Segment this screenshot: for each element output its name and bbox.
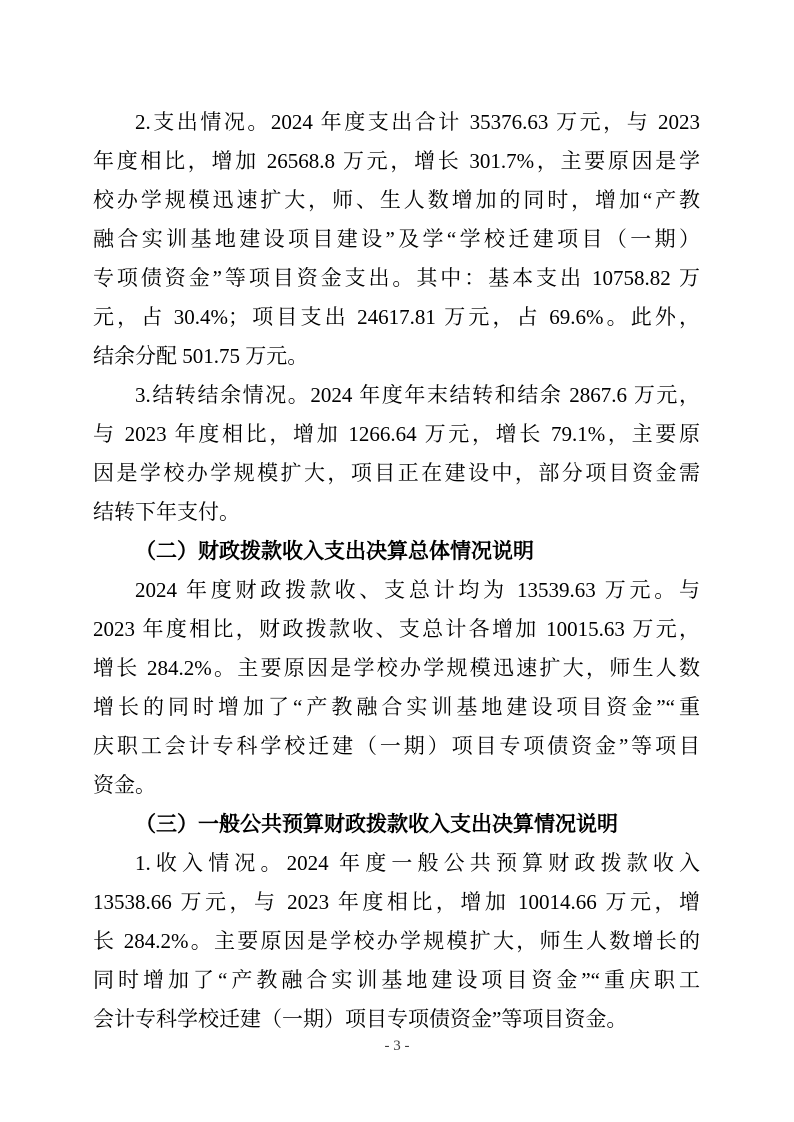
- text-line: 2024 年度财政拨款收、支总计均为 13539.63 万元。与: [93, 571, 700, 610]
- text-line: 2023 年度相比，财政拨款收、支总计各增加 10015.63 万元，: [93, 610, 700, 649]
- text-line: 同时增加了“产教融合实训基地建设项目资金”“重庆职工: [93, 961, 700, 1000]
- text-line: 与 2023 年度相比，增加 1266.64 万元，增长 79.1%，主要原: [93, 415, 700, 454]
- page-number: - 3 -: [0, 1036, 794, 1056]
- text-line: 专项债资金”等项目资金支出。其中：基本支出 10758.82 万: [93, 259, 700, 298]
- text-line: 增长 284.2%。主要原因是学校办学规模迅速扩大，师生人数: [93, 649, 700, 688]
- text-line: 3.结转结余情况。2024 年度年末结转和结余 2867.6 万元，: [93, 376, 700, 415]
- text-line: 结转下年支付。: [93, 493, 700, 532]
- text-line: 长 284.2%。主要原因是学校办学规模扩大，师生人数增长的: [93, 922, 700, 961]
- text-line: 13538.66 万元，与 2023 年度相比，增加 10014.66 万元，增: [93, 883, 700, 922]
- text-line: 资金。: [93, 766, 700, 805]
- text-line: 因是学校办学规模扩大，项目正在建设中，部分项目资金需: [93, 454, 700, 493]
- section-heading-line: （二）财政拨款收入支出决算总体情况说明: [93, 532, 700, 571]
- section-heading-line: （三）一般公共预算财政拨款收入支出决算情况说明: [93, 805, 700, 844]
- text-line: 1.收入情况。2024 年度一般公共预算财政拨款收入: [93, 844, 700, 883]
- text-line: 元，占 30.4%；项目支出 24617.81 万元，占 69.6%。此外，: [93, 298, 700, 337]
- text-line: 增长的同时增加了“产教融合实训基地建设项目资金”“重: [93, 688, 700, 727]
- text-line: 年度相比，增加 26568.8 万元，增长 301.7%，主要原因是学: [93, 142, 700, 181]
- text-line: 校办学规模迅速扩大，师、生人数增加的同时，增加“产教: [93, 181, 700, 220]
- document-page: 2.支出情况。2024 年度支出合计 35376.63 万元，与 2023年度相…: [0, 0, 794, 1122]
- text-line: 融合实训基地建设项目建设”及学“学校迁建项目（一期）: [93, 220, 700, 259]
- document-body: 2.支出情况。2024 年度支出合计 35376.63 万元，与 2023年度相…: [93, 103, 700, 1039]
- text-line: 2.支出情况。2024 年度支出合计 35376.63 万元，与 2023: [93, 103, 700, 142]
- text-line: 庆职工会计专科学校迁建（一期）项目专项债资金”等项目: [93, 727, 700, 766]
- text-line: 会计专科学校迁建（一期）项目专项债资金”等项目资金。: [93, 1000, 700, 1039]
- text-line: 结余分配 501.75 万元。: [93, 337, 700, 376]
